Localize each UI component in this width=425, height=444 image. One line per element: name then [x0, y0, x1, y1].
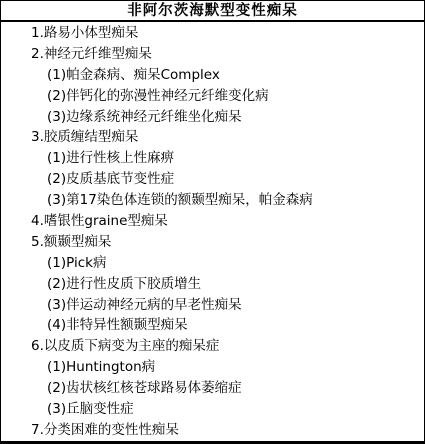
table-body: 1.路易小体型痴呆 2.神经元纤维型痴呆 (1)帕金森病、痴呆Complex (… — [1, 22, 424, 441]
list-subitem: (1)帕金森病、痴呆Complex — [1, 65, 424, 86]
list-subitem: (1)进行性核上性麻痹 — [1, 148, 424, 169]
dementia-classification-table: 非阿尔茨海默型变性痴呆 1.路易小体型痴呆 2.神经元纤维型痴呆 (1)帕金森病… — [0, 0, 425, 444]
list-subitem: (3)第17染色体连锁的额颞型痴呆，帕金森病 — [1, 190, 424, 211]
list-subitem: (2)进行性皮质下胶质增生 — [1, 274, 424, 295]
list-item: 7.分类困难的变性性痴呆 — [1, 420, 424, 441]
list-item: 6.以皮质下病变为主座的痴呆症 — [1, 336, 424, 357]
list-item: 2.神经元纤维型痴呆 — [1, 44, 424, 65]
list-item: 1.路易小体型痴呆 — [1, 23, 424, 44]
list-subitem: (3)边缘系统神经元纤维坐化痴呆 — [1, 107, 424, 128]
list-subitem: (1)Huntington病 — [1, 357, 424, 378]
list-item: 4.嗜银性graine型痴呆 — [1, 211, 424, 232]
table-title: 非阿尔茨海默型变性痴呆 — [1, 1, 424, 22]
list-subitem: (4)非特异性额颞型痴呆 — [1, 315, 424, 336]
list-subitem: (3)丘脑变性症 — [1, 399, 424, 420]
list-subitem: (2)伴钙化的弥漫性神经元纤维变化病 — [1, 86, 424, 107]
list-subitem: (2)皮质基底节变性症 — [1, 169, 424, 190]
list-item: 3.胶质缠结型痴呆 — [1, 127, 424, 148]
list-subitem: (2)齿状核红核苍球路易体萎缩症 — [1, 378, 424, 399]
list-item: 5.额颞型痴呆 — [1, 232, 424, 253]
list-subitem: (3)伴运动神经元病的早老性痴呆 — [1, 295, 424, 316]
list-subitem: (1)Pick病 — [1, 253, 424, 274]
